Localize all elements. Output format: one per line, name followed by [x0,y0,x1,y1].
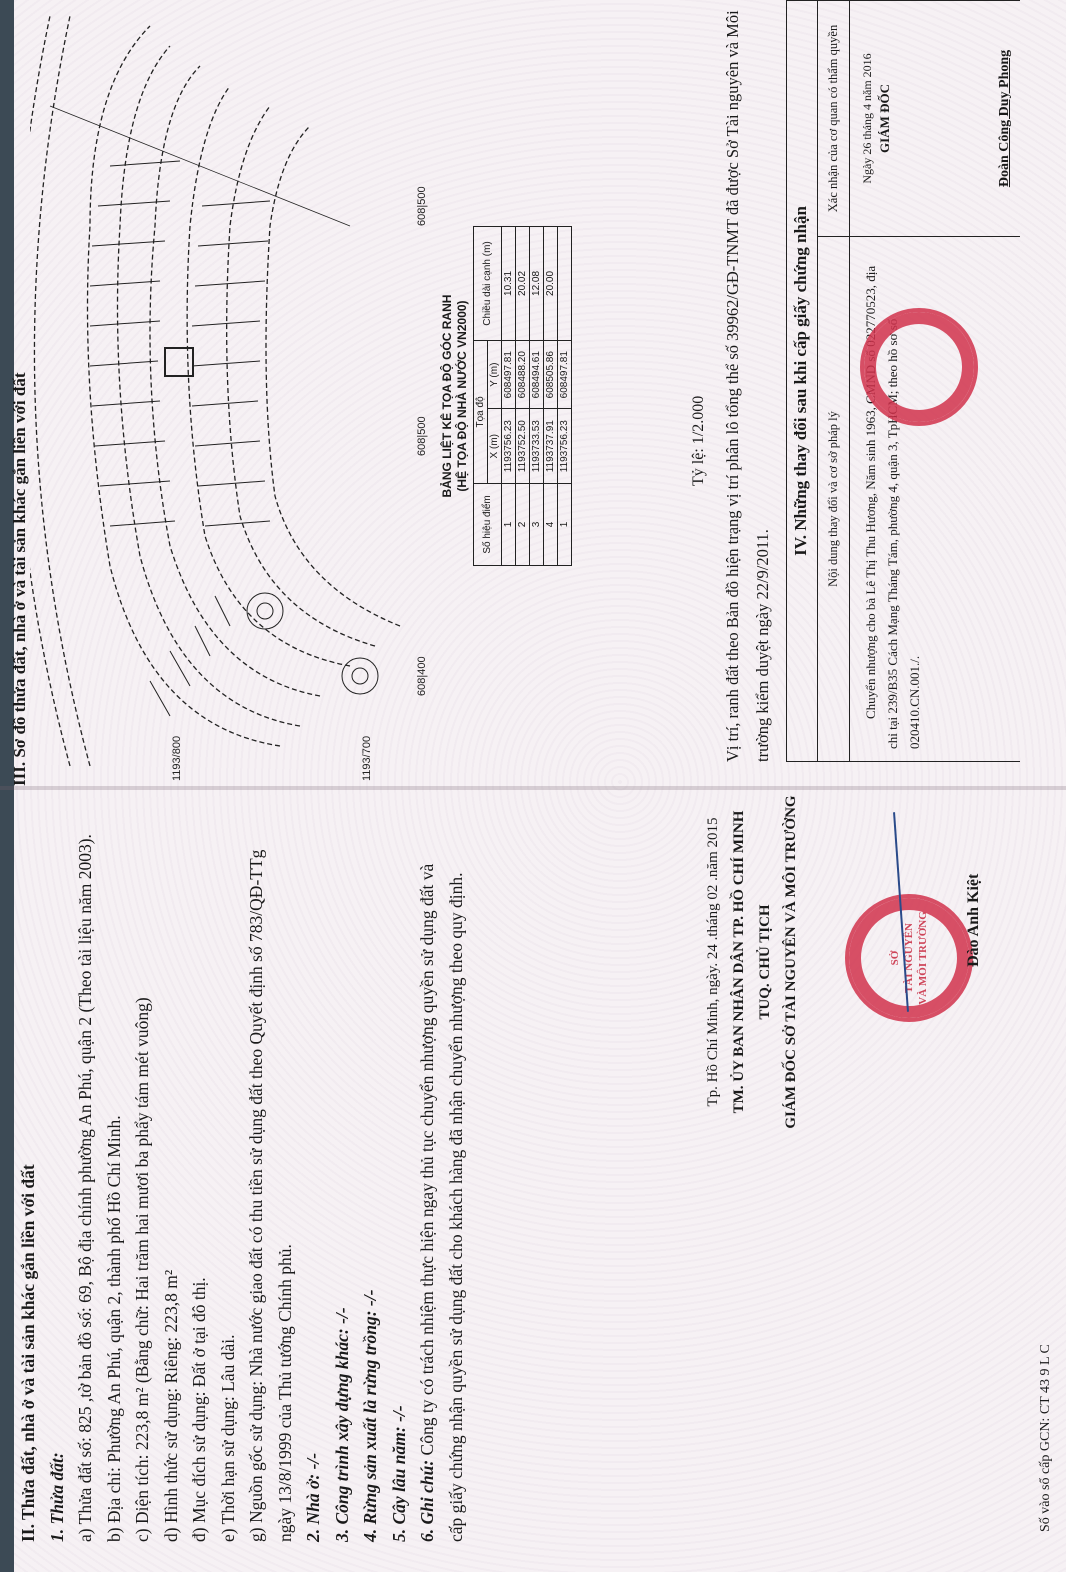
th-y: Y (m) [488,340,502,409]
area: c) Diện tích: 223,8 m² (Bằng chữ: Hai tr… [128,802,157,1542]
coord-cell-x: 1193756.23 [558,409,572,483]
stamp-text-1: SỞ [888,951,902,966]
issuance-block: Tp. Hồ Chí Minh, ngày. 24 .tháng 02 .năm… [700,782,804,1142]
stamp-text-3: VÀ MÔI TRƯỜNG [916,911,930,1005]
coord-cell-len [558,227,572,341]
changes-col-header: Nội dung thay đổi và cơ sở pháp lý [818,236,849,761]
section-ii: II. Thửa đất, nhà ở và tài sản khác gắn … [14,802,470,1542]
perennial-trees: 5. Cây lâu năm: -/- [385,802,414,1542]
left-half: II. Thửa đất, nhà ở và tài sản khác gắn … [0,790,1066,1572]
coord-table-subtitle: (HỆ TỌA ĐỘ NHÀ NƯỚC VN2000) [455,226,470,566]
coord-cell-x: 1193737.91 [544,409,558,483]
coord-cell-point: 1 [558,483,572,565]
usage-origin-cont: ngày 13/8/1999 của Thủ tướng Chính phủ. [271,802,300,1542]
th-x: X (m) [488,409,502,483]
grid-label-3: 608|400 [416,656,428,696]
parcel-map: 608|500 608|500 608|400 1193/800 1193/70… [30,6,430,786]
issuer-line3: GIÁM ĐỐC SỞ TÀI NGUYÊN VÀ MÔI TRƯỜNG [778,782,804,1142]
section-ii-heading: II. Thửa đất, nhà ở và tài sản khác gắn … [14,802,43,1542]
place-date: Tp. Hồ Chí Minh, ngày. 24 .tháng 02 .năm… [700,782,726,1142]
th-length: Chiều dài cạnh (m) [474,227,502,341]
note-line2: cấp giấy chứng nhận quyền sử dụng đất ch… [442,802,471,1542]
house: 2. Nhà ở: -/- [299,802,328,1542]
confirm-title: GIÁM ĐỐC [876,1,894,236]
usage-term: e) Thời hạn sử dụng: Lâu dài. [214,802,243,1542]
coord-row: 11193756.23608497.8110.31 [502,227,516,566]
note-line1: 6. Ghi chú: Công ty có trách nhiệm thực … [413,802,442,1542]
section-iii-heading: III. Sơ đồ thửa đất, nhà ở và tài sản kh… [10,6,30,786]
coord-row: 41193737.91608505.8620.00 [544,227,558,566]
coordinate-table: BẢNG LIỆT KÊ TỌA ĐỘ GÓC RANH (HỆ TỌA ĐỘ … [440,226,572,566]
other-construction: 3. Công trình xây dựng khác: -/- [328,802,357,1542]
issuer-line1: TM. ỦY BAN NHÂN DÂN TP. HỒ CHÍ MINH [726,782,752,1142]
signer-name: Đào Anh Kiệt [965,874,983,967]
planted-forest: 4. Rừng sản xuất là rừng trồng: -/- [356,802,385,1542]
land-certificate-page: II. Thửa đất, nhà ở và tài sản khác gắn … [0,0,1066,1572]
grid-label-1: 608|500 [416,416,428,456]
coord-cell-y: 608494.61 [530,340,544,409]
confirm-signer: Đoàn Công Duy Phong [996,1,1014,236]
coord-cell-y: 608505.86 [544,340,558,409]
th-coords: Tọa độ [474,340,488,483]
grid-label-4: 1193/800 [171,736,183,781]
note-label: 6. Ghi chú: [417,1460,437,1542]
coord-cell-point: 4 [544,483,558,565]
map-scale: Tỷ lệ: 1/2.000 [690,396,708,486]
coord-table-grid: Số hiệu điểm Tọa độ Chiều dài cạnh (m) X… [473,226,572,566]
coord-cell-x: 1193733.53 [530,409,544,483]
coord-cell-y: 608497.81 [558,340,572,409]
coord-cell-y: 608497.81 [502,340,516,409]
note-text: Công ty có trách nhiệm thực hiện ngay th… [417,864,437,1460]
coord-cell-point: 2 [516,483,530,565]
coord-cell-len: 10.31 [502,227,516,341]
confirm-stamp-icon [860,308,978,426]
coord-row: 11193756.23608497.81 [558,227,572,566]
coord-cell-point: 1 [502,483,516,565]
coord-cell-x: 1193752.50 [516,409,530,483]
right-half: III. Sơ đồ thửa đất, nhà ở và tài sản kh… [0,0,1066,786]
issuer-line2: TUQ. CHỦ TỊCH [752,782,778,1142]
confirm-cell: Ngày 26 tháng 4 năm 2016 GIÁM ĐỐC Đoàn C… [850,1,1020,236]
coord-cell-len: 20.02 [516,227,530,341]
confirm-col-header: Xác nhận của cơ quan có thẩm quyền [818,1,849,236]
parcel-number: a) Thửa đất số: 825 ,tờ bản đồ số: 69, B… [71,802,100,1542]
usage-origin: g) Nguồn gốc sử dụng: Nhà nước giao đất … [242,802,271,1542]
coord-cell-point: 3 [530,483,544,565]
th-point: Số hiệu điểm [474,483,502,565]
map-note: Vị trí, ranh đất theo Bản đồ hiện trạng … [718,2,778,762]
coord-table-title: BẢNG LIỆT KÊ TỌA ĐỘ GÓC RANH [440,226,455,566]
section-iv-heading: IV. Những thay đổi sau khi cấp giấy chứn… [787,1,818,761]
coord-cell-len: 20.00 [544,227,558,341]
coord-cell-len: 12.08 [530,227,544,341]
coord-row: 21193752.50608488.2020.02 [516,227,530,566]
address: b) Địa chỉ: Phường An Phú, quận 2, thành… [100,802,129,1542]
usage-purpose: đ) Mục đích sử dụng: Đất ở tại đô thị. [185,802,214,1542]
grid-label-2: 608|500 [416,186,428,226]
coord-row: 31193733.53608494.6112.08 [530,227,544,566]
official-stamp-icon: SỞ TÀI NGUYÊN VÀ MÔI TRƯỜNG [845,894,973,1022]
coord-cell-x: 1193756.23 [502,409,516,483]
confirm-date: Ngày 26 tháng 4 năm 2016 [858,1,876,236]
usage-form: d) Hình thức sử dụng: Riêng: 223,8 m² [157,802,186,1542]
grid-label-5: 1193/700 [361,736,373,781]
register-number: Số vào sổ cấp GCN: CT 43 9 L C [1038,1344,1054,1532]
land-heading: 1. Thửa đất: [43,802,72,1542]
coord-cell-y: 608488.20 [516,340,530,409]
